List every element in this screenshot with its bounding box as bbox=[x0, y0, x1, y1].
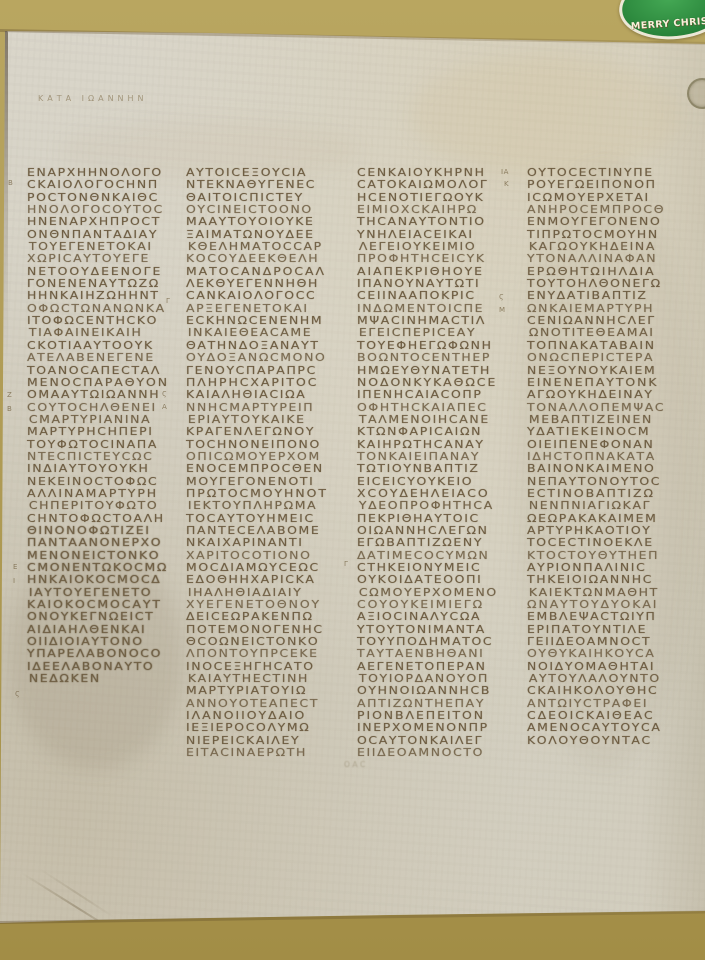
manuscript-text-line: ΡΟϹΤΟΝΘΝΚΑΙΘϹ bbox=[27, 193, 210, 205]
manuscript-text-line: ΑΤΕΛΑΒΕΝΕΓΕΝΕ bbox=[27, 353, 210, 365]
manuscript-text-line: ΤΟΥΦΩΤΟϹΙΝΑΠΑ bbox=[27, 440, 210, 452]
manuscript-text-line: ΚΤΟϹΤΟΥΘΥΤΗΕΠ bbox=[527, 551, 705, 563]
manuscript-text-line: ΧΥΕΓΕΝΕΤΟΘΝΟΥ bbox=[186, 600, 369, 612]
manuscript-text-line: ΑΡΤΥΡΗΚΑΟΤΙΟΥ bbox=[527, 526, 705, 538]
manuscript-text-line: ΟΥϹΙΝΕΙϹΤΟΟΝΟ bbox=[186, 205, 369, 217]
manuscript-text-line: ΜΕΒΑΠΤΙΖΕΙΝΕΝ bbox=[529, 415, 705, 427]
manuscript-text-line: ϹΟΥΤΟϹΗΛΘΕΝΕΙ bbox=[27, 403, 210, 415]
manuscript-text-line: ΝΕΤΟΟΥΔΕΕΝΟΓΕ bbox=[27, 267, 210, 279]
manuscript-text-line: ΚΑΙΑΛΗΘΙΑϹΙΩΑ bbox=[186, 390, 369, 402]
manuscript-text-line: ΧϹΟΥΔΕΗΛΕΙΑϹΟ bbox=[357, 489, 540, 501]
manuscript-text-line: ΤΟΥΙΟΡΔΑΝΟΥΟΠ bbox=[359, 674, 540, 686]
manuscript-text-line: ΕΙΜΙΟΧϹΚΑΙΗΡΩ bbox=[357, 205, 540, 217]
manuscript-text-line: ϹΚΑΙΟΛΟΓΟϹΗΝΠ bbox=[27, 180, 210, 192]
manuscript-text-line: ΚΑΙΑΥΤΗΕϹΤΙΝΗ bbox=[188, 674, 369, 686]
manuscript-text-line: ΠΕΚΡΙΘΗΑΥΤΟΙϹ bbox=[357, 514, 540, 526]
manuscript-text-line: ΗΝΕΝΑΡΧΗΠΡΟϹΤ bbox=[27, 217, 210, 229]
manuscript-text-line: ΕΝΥΔΑΤΙΒΑΠΤΙΖ bbox=[527, 291, 705, 303]
manuscript-text-line: ΜΟϹΔΙΑΜΩΥϹΕΩϹ bbox=[186, 563, 369, 575]
manuscript-text-line: ΑΥΤΟΥΛΑΛΟΥΝΤΟ bbox=[529, 674, 705, 686]
manuscript-text-line: ΑΝΝΟΥΟΤΕΑΠΕϹΤ bbox=[186, 699, 369, 711]
manuscript-text-line: ΕΜΒΛΕΨΑϹΤΩΙΥΠ bbox=[527, 612, 705, 624]
manuscript-text-line: ϹΜΑΡΤΥΡΙΑΝΙΝΑ bbox=[29, 415, 210, 427]
manuscript-text-line: ΠΟΤΕΜΟΝΟΓΕΝΗϹ bbox=[186, 625, 369, 637]
manuscript-text-line: ΕΙϹΕΙϹΥΟΥΚΕΙΟ bbox=[357, 477, 540, 489]
manuscript-text-line: ΟΥΗΝΟΙΩΑΝΝΗϹΒ bbox=[357, 686, 540, 698]
manuscript-text-line: ΔΑΤΙΜΕϹΟϹΥΜΩΝ bbox=[357, 551, 540, 563]
manuscript-text-line: ΛΠΟΝΤΟΥΠΡϹΕΚΕ bbox=[186, 649, 369, 661]
manuscript-text-line: ΘΙΝΟΝΟΦΩΤΙΖΕΙ bbox=[27, 526, 210, 538]
manuscript-text-line: ϹΑΝΚΑΙΟΛΟΓΟϹϹ bbox=[186, 291, 369, 303]
manuscript-text-line: ΤΟϹΗΝΟΝΕΙΠΟΝΟ bbox=[186, 440, 369, 452]
manuscript-text-line: ΤΩΤΙΟΥΝΒΑΠΤΙΖ bbox=[357, 464, 540, 476]
manuscript-text-line: ΑΜΕΝΟϹΑΥΤΟΥϹΑ bbox=[527, 723, 705, 735]
manuscript-text-line: ΑΞΙΟϹΙΝΑΛΥϹΩΑ bbox=[357, 612, 540, 624]
manuscript-text-line: ΟΙΕΙΠΕΝΕΦΟΝΑΝ bbox=[527, 440, 705, 452]
manuscript-text-line: ΧΑΡΙΤΟϹΟΤΙΟΝΟ bbox=[186, 551, 369, 563]
manuscript-text-line: ϹΟΥΟΥΚΕΙΜΙΕΓΩ bbox=[357, 600, 540, 612]
manuscript-text-line: ΤΗΚΕΙΟΙΩΑΝΝΗϹ bbox=[527, 575, 705, 587]
manuscript-text-line: ΜΑΡΤΥΡΙΑΤΟΥΙΩ bbox=[186, 686, 369, 698]
manuscript-text-line: ΤΟΥΥΠΟΔΗΜΑΤΟϹ bbox=[357, 637, 540, 649]
sticker-label: MERRY CHRIST bbox=[631, 15, 705, 32]
manuscript-text-line: ΘϹΟΩΝΕΙϹΤΟΝΚΟ bbox=[186, 637, 369, 649]
manuscript-text-line: ΝΕΝΠΝΙΑΓΙΩΚΑΓ bbox=[529, 501, 705, 513]
manuscript-text-line: ΝΤΕΚΝΑΘΥΓΕΝΕϹ bbox=[186, 180, 369, 192]
marginal-numeral: Α bbox=[162, 403, 167, 411]
manuscript-text-line: ΟΝΘΝΠΑΝΤΑΔΙΑΥ bbox=[27, 230, 210, 242]
manuscript-text-line: ΕΙΙΔΕΟΑΜΝΟϹΤΟ bbox=[357, 748, 540, 760]
manuscript-text-line: ΡΙΟΝΒΛΕΠΕΙΤΟΝ bbox=[357, 711, 540, 723]
manuscript-text-line: ΠΑΝΤΑΑΝΟΝΕΡΧΟ bbox=[27, 538, 210, 550]
manuscript-text-line: ΘΑΤΗΝΔΟΞΑΝΑΥΤ bbox=[186, 341, 369, 353]
manuscript-text-line: ϹΕΝΙΩΑΝΝΗϹΛΕΓ bbox=[527, 316, 705, 328]
manuscript-text-line: ΚΘΕΛΗΜΑΤΟϹϹΑΡ bbox=[188, 242, 369, 254]
manuscript-text-line: ΝΙΕΡΕΙϹΚΑΙΛΕΥ bbox=[186, 736, 369, 748]
manuscript-text-line: ΒΟΩΝΤΟϹΕΝΤΗΕΡ bbox=[357, 353, 540, 365]
manuscript-text-line: ΙΝΚΑΙΕΘΕΑϹΑΜΕ bbox=[188, 328, 369, 340]
manuscript-text-line: ΥΠΑΡΕΛΑΒΟΝΟϹΟ bbox=[27, 649, 210, 661]
manuscript-text-line: ΝΝΗϹΜΑΡΤΥΡΕΙΠ bbox=[186, 403, 369, 415]
manuscript-text-line: ΧΩΡΙϹΑΥΤΟΥΕΓΕ bbox=[27, 254, 210, 266]
manuscript-text-line: ΟΦΗΤΗϹΚΑΙΑΠΕϹ bbox=[357, 403, 540, 415]
manuscript-text-line: ΚΑΙΟΚΟϹΜΟϹΑΥΤ bbox=[27, 600, 210, 612]
manuscript-text-line: ΟΥΚΟΙΔΑΤΕΟΟΠΙ bbox=[357, 575, 540, 587]
manuscript-text-line: ΙΝΔΙΑΥΤΟΥΟΥΚΗ bbox=[27, 464, 210, 476]
manuscript-text-line: ΤΟΑΝΟϹΑΠΕϹΤΑΛ bbox=[27, 366, 210, 378]
manuscript-text-line: ΙΗΑΛΗΘΙΑΔΙΑΙΥ bbox=[188, 588, 369, 600]
marginal-numeral: Ϛ bbox=[15, 690, 20, 698]
manuscript-text-line: ϹΗΝΤΟΦΩϹΤΟΑΛΗ bbox=[27, 514, 210, 526]
manuscript-text-line: ΟΝΟΥΚΕΓΝΩΕΙϹΤ bbox=[27, 612, 210, 624]
manuscript-text-line: ΘΑΙΤΟΙϹΠΙϹΤΕΥ bbox=[186, 193, 369, 205]
marginal-numeral: Ζ bbox=[7, 391, 12, 399]
manuscript-text-line: ΑΠΤΙΖΩΝΤΗΕΠΑΥ bbox=[357, 699, 540, 711]
manuscript-text-line: ΓΕΝΟΥϹΠΑΡΑΠΡϹ bbox=[186, 366, 369, 378]
manuscript-text-line: ΚΑΙΕΚΤΩΝΜΑΘΗΤ bbox=[529, 588, 705, 600]
marginal-numeral: Ϛ bbox=[499, 293, 504, 301]
discoloration-stain bbox=[410, 55, 680, 175]
manuscript-text-line: ΗΝΟΛΟΓΟϹΟΥΤΟϹ bbox=[27, 205, 210, 217]
text-column-1: ΕΝΑΡΧΗΗΝΟΛΟΓΟϹΚΑΙΟΛΟΓΟϹΗΝΠΡΟϹΤΟΝΘΝΚΑΙΘϹΗ… bbox=[27, 168, 210, 686]
manuscript-text-line: ΕΔΟΘΗΗΧΑΡΙϹΚΑ bbox=[186, 575, 369, 587]
manuscript-text-line: ΗΜΩΕΥΘΥΝΑΤΕΤΗ bbox=[357, 366, 540, 378]
manuscript-text-line: ΕΓΩΒΑΠΤΙΖΩΕΝΥ bbox=[357, 538, 540, 550]
manuscript-text-line: ΟΙΩΑΝΝΗϹΛΕΓΩΝ bbox=[357, 526, 540, 538]
manuscript-text-line: ΚΑΓΩΟΥΚΗΔΕΙΝΑ bbox=[529, 242, 705, 254]
manuscript-text-line: ΙΠΑΝΟΥΝΑΥΤΩΤΙ bbox=[357, 279, 540, 291]
text-column-4: ΟΥΤΟϹΕϹΤΙΝΥΠΕΡΟΥΕΓΩΕΙΠΟΝΟΠΙϹΩΜΟΥΕΡΧΕΤΑΙΑ… bbox=[527, 168, 705, 748]
marginal-numeral: Ι bbox=[13, 577, 16, 585]
manuscript-text-line: ΛΕΚΘΥΕΓΕΝΝΗΘΗ bbox=[186, 279, 369, 291]
manuscript-text-line: ΕΡΙΑΥΤΟΥΚΑΙΚΕ bbox=[188, 415, 369, 427]
manuscript-text-line: ΒΑΙΝΟΝΚΑΙΜΕΝΟ bbox=[527, 464, 705, 476]
manuscript-text-line: ΟΥΘΥΚΑΙΗΚΟΥϹΑ bbox=[527, 649, 705, 661]
manuscript-text-line: ΝΕΠΑΥΤΟΝΟΥΤΟϹ bbox=[527, 477, 705, 489]
manuscript-text-line: ΠΡΟΦΗΤΗϹΕΙϹΥΚ bbox=[357, 254, 540, 266]
manuscript-text-line: ΟΙΙΔΙΟΙΑΥΤΟΝΟ bbox=[27, 637, 210, 649]
manuscript-text-line: ΟΥΤΟϹΕϹΤΙΝΥΠΕ bbox=[527, 168, 705, 180]
manuscript-text-line: ΕΝΟϹΕΜΠΡΟϹΘΕΝ bbox=[186, 464, 369, 476]
manuscript-text-line: ΗϹΕΝΟΤΙΕΓΩΟΥΚ bbox=[357, 193, 540, 205]
manuscript-text-line: ΙϹΩΜΟΥΕΡΧΕΤΑΙ bbox=[527, 193, 705, 205]
manuscript-text-line: ΑΙΑΠΕΚΡΙΘΗΟΥΕ bbox=[357, 267, 540, 279]
manuscript-text-line: ΑΓΩΟΥΚΗΔΕΙΝΑΥ bbox=[527, 390, 705, 402]
marginal-numeral: Γ bbox=[344, 560, 348, 568]
manuscript-text-line: ΑΝΗΡΟϹΕΜΠΡΟϹΘ bbox=[527, 205, 705, 217]
manuscript-text-line: ΜΑΡΤΥΡΗϹΗΠΕΡΙ bbox=[27, 427, 210, 439]
manuscript-text-line: ΤΟΥΕΓΕΝΕΤΟΚΑΙ bbox=[29, 242, 210, 254]
manuscript-text-line: ϹΜΟΝΕΝΤΩΚΟϹΜΩ bbox=[27, 563, 210, 575]
manuscript-text-line: ΜΕΝΟΝΕΙϹΤΟΝΚΟ bbox=[27, 551, 210, 563]
manuscript-text-line: ΝΕΚΕΙΝΟϹΤΟΦΩϹ bbox=[27, 477, 210, 489]
manuscript-text-line: ΟΜΑΑΥΤΩΙΩΑΝΝΗ bbox=[27, 390, 210, 402]
manuscript-text-line: ΕΡΙΠΑΤΟΥΝΤΙΛΕ bbox=[527, 625, 705, 637]
manuscript-text-line: ΜΑΤΟϹΑΝΔΡΟϹΑΛ bbox=[186, 267, 369, 279]
manuscript-text-line: ΕΓΕΙϹΠΕΡΙϹΕΑΥ bbox=[359, 328, 540, 340]
manuscript-text-line: ΠΡΩΤΟϹΜΟΥΗΝΟΤ bbox=[186, 489, 369, 501]
manuscript-text-line: ΙΑΥΤΟΥΕΓΕΝΕΤΟ bbox=[29, 588, 210, 600]
manuscript-text-line: ϹΔΕΟΙϹΚΑΙΘΕΑϹ bbox=[527, 711, 705, 723]
manuscript-text-line: ΥΤΟΥΤΟΝΙΜΑΝΤΑ bbox=[357, 625, 540, 637]
manuscript-text-line: ΕϹΚΗΝΩϹΕΝΕΝΗΜ bbox=[186, 316, 369, 328]
manuscript-text-line: ΤΟϹΑΥΤΟΥΗΜΕΙϹ bbox=[186, 514, 369, 526]
manuscript-text-line: ΤΟΝΚΑΙΕΙΠΑΝΑΥ bbox=[357, 452, 540, 464]
manuscript-text-line: ΑΕΓΕΝΕΤΟΠΕΡΑΝ bbox=[357, 662, 540, 674]
manuscript-text-line: ΟΠΙϹΩΜΟΥΕΡΧΟΜ bbox=[186, 452, 369, 464]
manuscript-text-line: ΙΔΕΕΛΑΒΟΝΑΥΤΟ bbox=[27, 662, 210, 674]
binding-edge-shadow bbox=[2, 30, 8, 360]
manuscript-text-line: ΤΗϹΑΝΑΥΤΟΝΤΙΟ bbox=[357, 217, 540, 229]
parchment-page: ΚΑΤΑ ΙΩΑΝΝΗΝ ΕΝΑΡΧΗΗΝΟΛΟΓΟϹΚΑΙΟΛΟΓΟϹΗΝΠΡ… bbox=[0, 0, 705, 960]
manuscript-text-line: ΞΑΙΜΑΤΩΝΟΥΔΕΕ bbox=[186, 230, 369, 242]
manuscript-text-line: ΤΑΛΜΕΝΟΙΗϹΑΝΕ bbox=[359, 415, 540, 427]
manuscript-text-line: ΝΤΕϹΠΙϹΤΕΥϹΩϹ bbox=[27, 452, 210, 464]
manuscript-text-line: ΑΡΞΕΓΕΝΕΤΟΚΑΙ bbox=[186, 304, 369, 316]
manuscript-text-line: ΠΑΝΤΕϹΕΛΑΒΟΜΕ bbox=[186, 526, 369, 538]
manuscript-text-line: ΑΛΛΙΝΑΜΑΡΤΥΡΗ bbox=[27, 489, 210, 501]
manuscript-text-line: ΤΙΑΦΑΙΝΕΙΚΑΙΗ bbox=[29, 328, 210, 340]
manuscript-text-line: ΕΙΝΕΝΕΠΑΥΤΟΝΚ bbox=[527, 378, 705, 390]
manuscript-text-line: ΚΟΛΟΥΘΟΥΝΤΑϹ bbox=[527, 736, 705, 748]
manuscript-text-line: ΤΟϹΕϹΤΙΝΟΕΚΛΕ bbox=[527, 538, 705, 550]
manuscript-text-line: ΕΡΩΘΗΤΩΙΗΛΔΙΑ bbox=[527, 267, 705, 279]
manuscript-text-line: ΝΟΙΔΥΟΜΑΘΗΤΑΙ bbox=[527, 662, 705, 674]
manuscript-text-line: ΕΙΤΑϹΙΝΑΕΡΩΤΗ bbox=[186, 748, 369, 760]
manuscript-text-line: ΙΕΞΙΕΡΟϹΟΛΥΜΩ bbox=[186, 723, 369, 735]
running-title: ΚΑΤΑ ΙΩΑΝΝΗΝ bbox=[38, 94, 148, 103]
manuscript-text-line: ΑΝΤΩΙΥϹΤΡΑΦΕΙ bbox=[527, 699, 705, 711]
manuscript-text-line: ΩΝΚΑΙΕΜΑΡΤΥΡΗ bbox=[527, 304, 705, 316]
manuscript-text-line: ϹΕΙΙΝΑΑΠΟΚΡΙϹ bbox=[357, 291, 540, 303]
text-column-3: ϹΕΝΚΑΙΟΥΚΗΡΝΗϹΑΤΟΚΑΙΩΜΟΛΟΓΗϹΕΝΟΤΙΕΓΩΟΥΚΕ… bbox=[357, 168, 540, 761]
manuscript-text-line: ΩΝΟΤΙΤΕΘΕΑΜΑΙ bbox=[529, 328, 705, 340]
manuscript-text-line: ΟΦΩϹΤΩΝΑΝΩΝΚΑ bbox=[27, 304, 210, 316]
manuscript-text-line: ΕΝΑΡΧΗΗΝΟΛΟΓΟ bbox=[27, 168, 210, 180]
manuscript-text-line: ΚΑΙΗΡΩΤΗϹΑΝΑΥ bbox=[357, 440, 540, 452]
manuscript-text-line: ΑΥΤΟΙϹΕΞΟΥϹΙΑ bbox=[186, 168, 369, 180]
manuscript-text-line: ΤΟΥΤΟΗΛΘΟΝΕΓΩ bbox=[527, 279, 705, 291]
manuscript-text-line: ΙΝΟϹΕΞΗΓΗϹΑΤΟ bbox=[186, 662, 369, 674]
manuscript-text-line: ΙΝΕΡΧΟΜΕΝΟΝΠΡ bbox=[357, 723, 540, 735]
marginal-numeral: Β bbox=[8, 179, 13, 187]
manuscript-text-line: ΑΙΔΙΑΗΛΘΕΝΚΑΙ bbox=[27, 625, 210, 637]
manuscript-text-line: ΗΝΚΑΙΟΚΟϹΜΟϹΔ bbox=[27, 575, 210, 587]
manuscript-text-line: ΡΟΥΕΓΩΕΙΠΟΝΟΠ bbox=[527, 180, 705, 192]
manuscript-text-line: ΥΔΕΟΠΡΟΦΗΤΗϹΑ bbox=[359, 501, 540, 513]
manuscript-text-line: ΜΟΥΓΕΓΟΝΕΝΟΤΙ bbox=[186, 477, 369, 489]
manuscript-text-line: ΙΛΑΝΟΙΙΟΥΔΑΙΟ bbox=[186, 711, 369, 723]
manuscript-text-line: ΛΕΓΕΙΟΥΚΕΙΜΙΟ bbox=[359, 242, 540, 254]
marginal-numeral: ΙΑ bbox=[501, 168, 509, 176]
manuscript-text-line: ΙΝΔΩΜΕΝΤΟΙϹΠΕ bbox=[357, 304, 540, 316]
manuscript-text-line: ϹΩΜΟΥΕΡΧΟΜΕΝΟ bbox=[359, 588, 540, 600]
marginal-numeral: Κ bbox=[504, 180, 509, 188]
marginal-numeral: Γ bbox=[166, 297, 170, 305]
manuscript-text-line: ΓΕΙΙΔΕΟΑΜΝΟϹΤ bbox=[527, 637, 705, 649]
manuscript-text-line: ΙΤΟΦΩϹΕΝΤΗϹΚΟ bbox=[27, 316, 210, 328]
manuscript-text-line: ϹΕΝΚΑΙΟΥΚΗΡΝΗ bbox=[357, 168, 540, 180]
manuscript-text-line: ΥΔΑΤΙΕΚΕΙΝΟϹΜ bbox=[527, 427, 705, 439]
manuscript-text-line: ΜΨΑϹΙΝΗΜΑϹΤΙΛ bbox=[357, 316, 540, 328]
manuscript-text-line: ϹΚΟΤΙΑΑΥΤΟΟΥΚ bbox=[27, 341, 210, 353]
manuscript-text-line: ΚΤΩΝΦΑΡΙϹΑΙΩΝ bbox=[357, 427, 540, 439]
photograph-of-manuscript: ΚΑΤΑ ΙΩΑΝΝΗΝ ΕΝΑΡΧΗΗΝΟΛΟΓΟϹΚΑΙΟΛΟΓΟϹΗΝΠΡ… bbox=[0, 0, 705, 960]
manuscript-text-line: ΕϹΤΙΝΟΒΑΠΤΙΖΩ bbox=[527, 489, 705, 501]
marginal-numeral: Ϛ bbox=[162, 390, 167, 398]
manuscript-text-line: ΩΕΩΡΑΚΑΚΑΙΜΕΜ bbox=[527, 514, 705, 526]
manuscript-text-line: ΩΝΑΥΤΟΥΔΥΟΚΑΙ bbox=[527, 600, 705, 612]
marginal-numeral: Β bbox=[7, 405, 12, 413]
manuscript-text-line: ΝΟΔΟΝΚΥΚΑΘΩϹΕ bbox=[357, 378, 540, 390]
manuscript-text-line: ΟΥΔΟΞΑΝΩϹΜΟΝΟ bbox=[186, 353, 369, 365]
manuscript-text-line: ϹΑΤΟΚΑΙΩΜΟΛΟΓ bbox=[357, 180, 540, 192]
manuscript-text-line: ΚΟϹΟΥΔΕΕΚΘΕΛΗ bbox=[186, 254, 369, 266]
manuscript-text-line: ΔΕΙϹΕΩΡΑΚΕΝΠΩ bbox=[186, 612, 369, 624]
manuscript-text-line: ϹΤΗΚΕΙΟΝΥΜΕΙϹ bbox=[357, 563, 540, 575]
text-column-2: ΑΥΤΟΙϹΕΞΟΥϹΙΑΝΤΕΚΝΑΘΥΓΕΝΕϹΘΑΙΤΟΙϹΠΙϹΤΕΥΟ… bbox=[186, 168, 369, 761]
manuscript-text-line: ΓΟΝΕΝΕΝΑΥΤΩΖΩ bbox=[27, 279, 210, 291]
manuscript-text-line: ΝΚΑΙΧΑΡΙΝΑΝΤΙ bbox=[186, 538, 369, 550]
manuscript-text-line: ΤΟΠΝΑΚΑΤΑΒΑΙΝ bbox=[527, 341, 705, 353]
manuscript-text-line: ΑΥΡΙΟΝΠΑΛΙΝΙϹ bbox=[527, 563, 705, 575]
manuscript-text-line: ΜΑΑΥΤΟΥΟΙΟΥΚΕ bbox=[186, 217, 369, 229]
manuscript-text-line: ΝΕΔΩΚΕΝ bbox=[29, 674, 210, 686]
manuscript-text-line: ΕΝΜΟΥΓΕΓΟΝΕΝΟ bbox=[527, 217, 705, 229]
manuscript-text-line: ΙΕΚΤΟΥΠΛΗΡΩΜΑ bbox=[188, 501, 369, 513]
manuscript-text-line: ΥΤΟΝΑΛΛΙΝΑΦΑΝ bbox=[527, 254, 705, 266]
manuscript-text-line: ΚΡΑΓΕΝΛΕΓΩΝΟΥ bbox=[186, 427, 369, 439]
manuscript-text-line: ΤΟΥΕΦΗΕΓΩΦΩΝΗ bbox=[357, 341, 540, 353]
manuscript-text-line: ΗΗΝΚΑΙΗΖΩΗΗΝΤ bbox=[27, 291, 210, 303]
manuscript-text-line: ΥΝΗΛΕΙΑϹΕΙΚΑΙ bbox=[357, 230, 540, 242]
manuscript-text-line: ΤΟΝΑΛΛΟΠΕΜΨΑϹ bbox=[527, 403, 705, 415]
manuscript-text-line: ΤΑΥΤΑΕΝΒΗΘΑΝΙ bbox=[357, 649, 540, 661]
manuscript-text-line: ΙΠΕΝΗϹΑΙΑϹΟΠΡ bbox=[357, 390, 540, 402]
bottom-page-mark: ΟΑϹ bbox=[344, 760, 368, 769]
manuscript-text-line: ΜΕΝΟϹΠΑΡΑΘΥΟΝ bbox=[27, 378, 210, 390]
marginal-numeral: Ε bbox=[13, 563, 18, 571]
manuscript-text-line: ϹΚΑΙΗΚΟΛΟΥΘΗϹ bbox=[527, 686, 705, 698]
manuscript-text-line: ΙΔΗϹΤΟΠΝΑΚΑΤΑ bbox=[527, 452, 705, 464]
manuscript-text-line: ϹΗΠΕΡΙΤΟΥΦΩΤΟ bbox=[29, 501, 210, 513]
manuscript-text-line: ΟΝΩϹΠΕΡΙϹΤΕΡΑ bbox=[527, 353, 705, 365]
merry-christmas-sticker: MERRY CHRIST bbox=[616, 0, 705, 45]
manuscript-text-line: ΝΕΞΟΥΝΟΥΚΑΙΕΜ bbox=[527, 366, 705, 378]
marginal-numeral: Μ bbox=[499, 306, 506, 314]
manuscript-text-line: ΤΙΠΡΩΤΟϹΜΟΥΗΝ bbox=[527, 230, 705, 242]
manuscript-text-line: ΟϹΑΥΤΟΝΚΑΙΛΕΓ bbox=[357, 736, 540, 748]
manuscript-text-line: ΠΛΗΡΗϹΧΑΡΙΤΟϹ bbox=[186, 378, 369, 390]
